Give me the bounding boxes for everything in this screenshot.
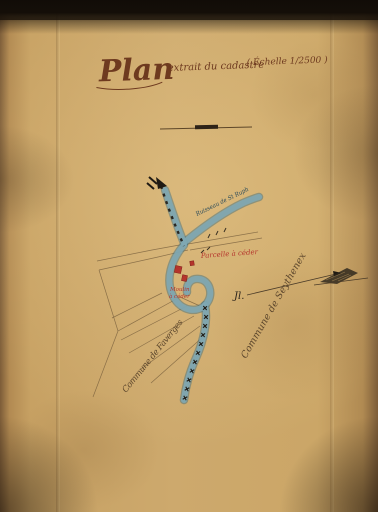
plan-title: Plan xyxy=(97,52,174,90)
commune-label-left: Commune de Faverges xyxy=(121,317,187,395)
scanned-plan-photo: Plan extrait du cadastre ( Échelle 1/250… xyxy=(0,0,378,512)
title-block: Plan extrait du cadastre ( Échelle 1/250… xyxy=(95,46,329,90)
commune-label-right: Commune de Seythenex xyxy=(239,249,310,360)
scale-bar-block xyxy=(195,125,218,129)
reference-mark: Jl. xyxy=(232,291,244,302)
plan-drawing: Plan extrait du cadastre ( Échelle 1/250… xyxy=(0,0,378,512)
hill-sketch xyxy=(314,268,368,285)
mill-note-line2: à céder xyxy=(169,293,190,300)
river-arm-upper-left-fill xyxy=(165,190,184,243)
plan-scale-note: ( Échelle 1/2500 ) xyxy=(246,53,328,68)
building xyxy=(181,275,187,282)
building xyxy=(190,261,195,266)
mill-note-line1: Moulin xyxy=(169,287,190,293)
building xyxy=(174,265,182,273)
parcel-note-red: Parcelle à céder xyxy=(200,248,259,260)
railway-end-chevrons xyxy=(147,177,157,189)
scale-bar xyxy=(160,125,252,129)
